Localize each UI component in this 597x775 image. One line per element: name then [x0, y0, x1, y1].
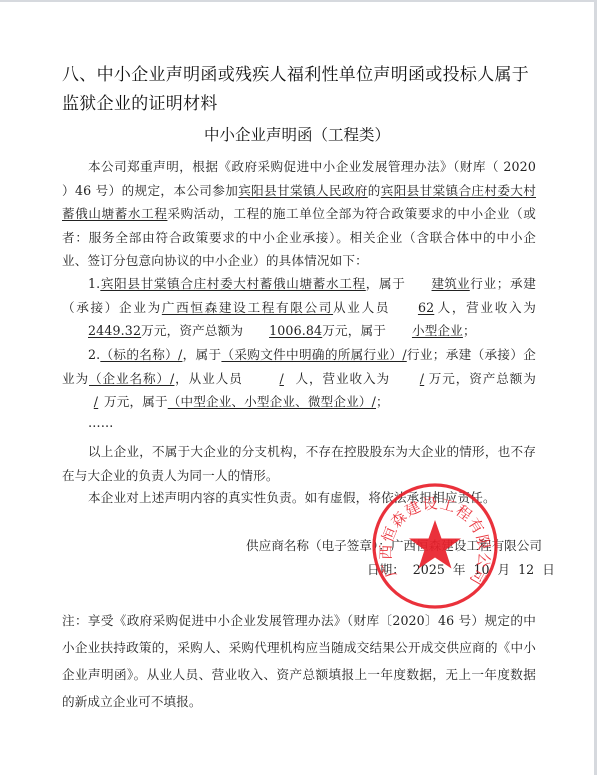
label-text: ，从业人员: [174, 371, 242, 386]
revenue-field: /: [390, 367, 428, 391]
day-unit: 日: [542, 562, 555, 577]
document-page: 八、中小企业声明函或残疾人福利性单位声明函或投标人属于监狱企业的证明材料 中小企…: [0, 0, 594, 775]
declaration-intro-paragraph: 本公司郑重声明，根据《政府采购促进中小企业发展管理办法》（财库（ 2020 ）4…: [62, 155, 536, 273]
footnote: 注：享受《政府采购促进中小企业发展管理办法》（财库〔2020〕46 号）规定的中…: [62, 607, 536, 715]
subject-field: （标的名称）/: [100, 347, 182, 362]
enterprise-type-field: （中型企业、小型企业、微型企业）/: [168, 394, 376, 409]
label-text: 人，营业收入为: [436, 300, 536, 315]
item-number: 2.: [88, 347, 100, 362]
item-number: 1.: [88, 276, 100, 291]
year-unit: 年: [453, 562, 466, 577]
date-label: 日期：: [367, 562, 405, 577]
date-month: 10: [473, 562, 489, 577]
industry-field: 建筑业: [406, 272, 470, 296]
document-title: 中小企业声明函（工程类）: [0, 123, 594, 147]
section-heading: 八、中小企业声明函或残疾人福利性单位声明函或投标人属于监狱企业的证明材料: [62, 61, 542, 119]
signature-label: 供应商名称（电子签章）：: [246, 538, 391, 553]
label-text: 万元，资产总额为: [428, 371, 536, 386]
date-day: 12: [518, 562, 534, 577]
company-field: 广西恒森建设工程有限公司: [162, 300, 333, 315]
label-text: 万元，属于: [104, 394, 168, 409]
signature-date: 日期： 2025 年 10 月 12 日: [367, 558, 555, 582]
label-text: 人，营业收入为: [295, 371, 390, 386]
enterprise-item-2: 2.（标的名称）/，属于（采购文件中明确的所属行业）/行业；承建（承接）企业为（…: [62, 343, 536, 414]
staff-field: 62: [390, 296, 436, 320]
staff-field: /: [243, 367, 295, 391]
label-text: 万元，资产总额为: [141, 323, 243, 338]
label-text: ；: [376, 394, 389, 409]
item-project: 宾阳县甘棠镇合庄村委大村蓄俄山塘蓄水工程: [100, 276, 365, 291]
label-text: ，属于: [366, 276, 406, 291]
responsibility-statement: 本企业对上述声明内容的真实性负责。如有虚假，将依法承担相应责任。: [62, 486, 536, 510]
company-field: （企业名称）/: [89, 371, 174, 386]
assets-field: /: [62, 390, 104, 414]
industry-field: （采购文件中明确的所属行业）/: [221, 347, 406, 362]
label-text: 从业人员: [333, 300, 390, 315]
non-large-enterprise-declaration: 以上企业，不属于大企业的分支机构，不存在控股股东为大企业的情形，也不存在与大企业…: [62, 440, 536, 487]
purchaser-name: 宾阳县甘棠镇人民政府: [238, 183, 368, 198]
label-text: ，属于: [182, 347, 221, 362]
date-year: 2025: [413, 562, 445, 577]
enterprise-item-1: 1.宾阳县甘棠镇合庄村委大村蓄俄山塘蓄水工程，属于建筑业行业；承建（承接）企业为…: [62, 272, 536, 343]
connector-text: 的: [368, 183, 381, 198]
revenue-field: 2449.32: [62, 319, 141, 343]
enterprise-type-field: 小型企业: [386, 319, 463, 343]
month-unit: 月: [498, 562, 511, 577]
label-text: 万元，属于: [322, 323, 386, 338]
supplier-name: 广西恒森建设工程有限公司: [391, 538, 542, 553]
ellipsis: ……: [62, 411, 536, 435]
assets-field: 1006.84: [243, 319, 322, 343]
supplier-signature: 供应商名称（电子签章）：广西恒森建设工程有限公司: [246, 534, 542, 558]
label-text: ；: [463, 323, 476, 338]
